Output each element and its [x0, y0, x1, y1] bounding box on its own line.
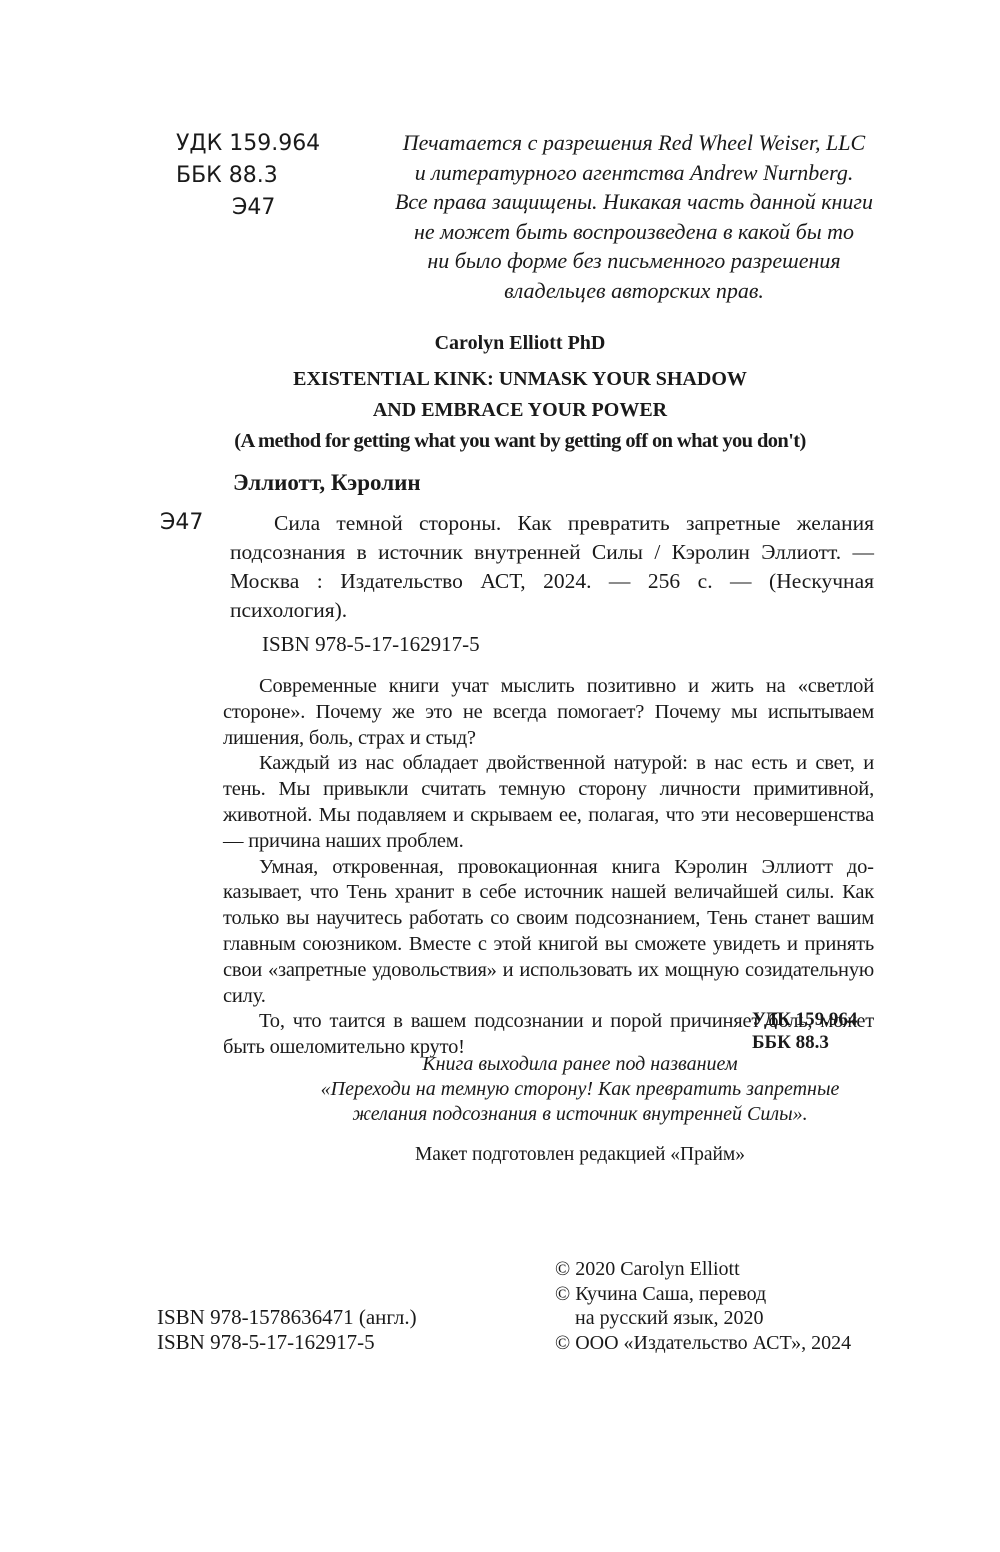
udc-header-block: УДК 159.964 ББК 88.3 Э47	[176, 128, 320, 224]
copyright-block: © 2020 Carolyn Elliott © Кучина Саша, пе…	[555, 1257, 851, 1355]
copyright-line: © Кучина Саша, перевод	[555, 1282, 851, 1307]
rights-line: Все права защищены. Никакая часть данной…	[352, 187, 916, 217]
copyright-line: на русский язык, 2020	[555, 1306, 851, 1331]
bibliographic-entry: Сила темной стороны. Как превратить запр…	[230, 509, 874, 625]
isbn-list: ISBN 978-1578636471 (англ.) ISBN 978-5-1…	[157, 1305, 417, 1354]
original-author: Carolyn Elliott PhD	[140, 329, 900, 357]
isbn-english: ISBN 978-1578636471 (англ.)	[157, 1305, 417, 1330]
rights-line: и литературного агентства Andrew Nurnber…	[352, 158, 916, 188]
bbk-code: ББК 88.3	[176, 160, 320, 192]
isbn-russian: ISBN 978-5-17-162917-5	[157, 1330, 417, 1355]
original-subtitle: (A method for getting what you want by g…	[140, 426, 900, 457]
isbn-primary: ISBN 978-5-17-162917-5	[262, 630, 480, 658]
previous-title-line: Книга выходила ранее под названием	[270, 1052, 890, 1077]
original-edition-info: Carolyn Elliott PhD EXISTENTIAL KINK: UN…	[140, 329, 900, 457]
rights-line: Печатается с разрешения Red Wheel Weiser…	[352, 128, 916, 158]
author-cipher: Э47	[176, 192, 320, 224]
copyright-line: © 2020 Carolyn Elliott	[555, 1257, 851, 1282]
udc-code: УДК 159.964	[176, 128, 320, 160]
annotation-paragraph: Каждый из нас обладает двойственной нату…	[223, 751, 874, 854]
original-title-line: EXISTENTIAL KINK: UNMASK YOUR SHADOW	[140, 364, 900, 395]
copyright-line: © ООО «Издательство АСТ», 2024	[555, 1331, 851, 1356]
annotation-paragraph: Умная, откровенная, провокационная книга…	[223, 855, 874, 1010]
udc-code: УДК 159.964	[752, 1008, 857, 1031]
previous-title-line: желания подсознания в источник внутренне…	[270, 1102, 890, 1127]
rights-line: не может быть воспроизведена в какой бы …	[352, 217, 916, 247]
previous-title-line: «Переходи на темную сторону! Как преврат…	[270, 1077, 890, 1102]
rights-line: ни было форме без письменного разрешения	[352, 246, 916, 276]
russian-author-heading: Эллиотт, Кэролин	[233, 468, 421, 498]
annotation: Современные книги учат мыслить позитивно…	[223, 674, 874, 1061]
previous-title-note: Книга выходила ранее под названием «Пере…	[270, 1052, 890, 1127]
rights-line: владельцев авторских прав.	[352, 276, 916, 306]
layout-credit: Макет подготовлен редакцией «Прайм»	[270, 1142, 890, 1167]
bibliographic-cipher: Э47	[160, 509, 203, 537]
bibliographic-entry-text: Сила темной стороны. Как превратить запр…	[230, 509, 874, 625]
rights-notice: Печатается с разрешения Red Wheel Weiser…	[352, 128, 916, 305]
classification-codes: УДК 159.964 ББК 88.3	[752, 1008, 857, 1054]
bbk-code: ББК 88.3	[752, 1031, 857, 1054]
original-title-line: AND EMBRACE YOUR POWER	[140, 395, 900, 426]
annotation-paragraph: Современные книги учат мыслить позитивно…	[223, 674, 874, 751]
